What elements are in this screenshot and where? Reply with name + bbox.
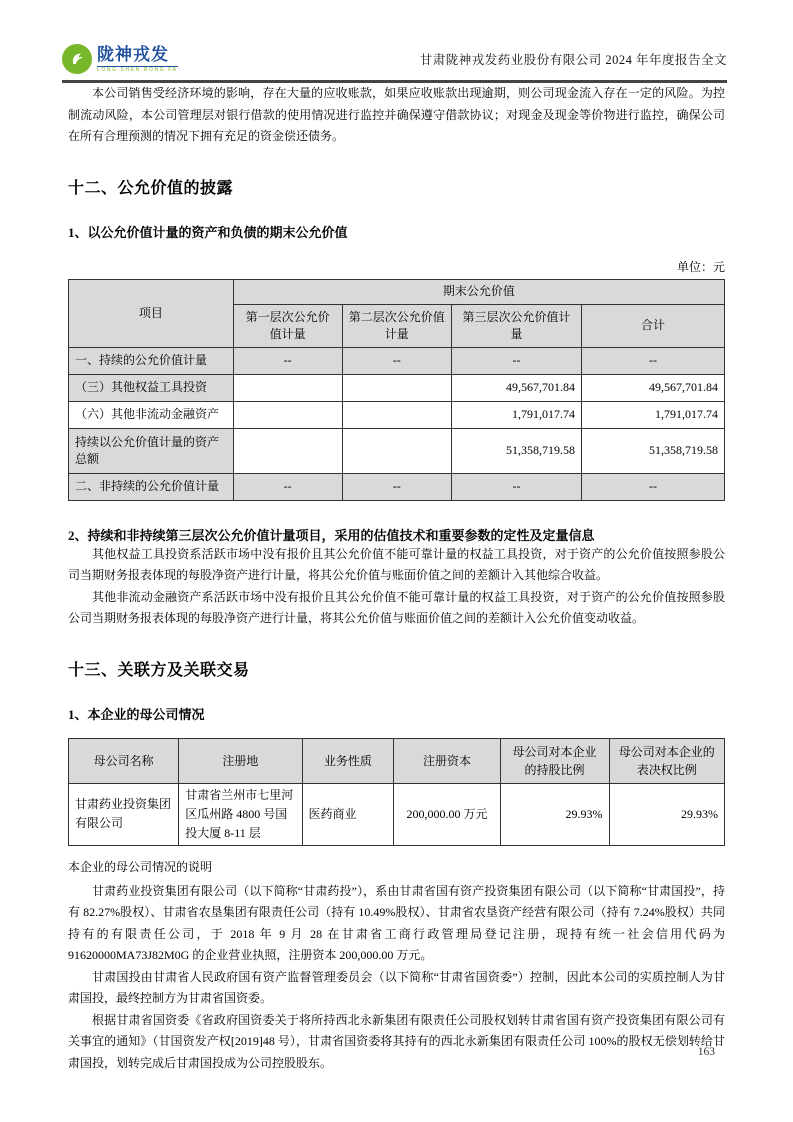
fair-value-table: 项目 期末公允价值 第一层次公允价值计量 第二层次公允价值计量 第三层次公允价值…: [68, 279, 725, 501]
risk-paragraph: 本公司销售受经济环境的影响，存在大量的应收账款，如果应收账款出现逾期，则公司现金…: [68, 83, 725, 148]
page-content: 本公司销售受经济环境的影响，存在大量的应收账款，如果应收账款出现逾期，则公司现金…: [68, 83, 725, 1074]
page-number: 163: [698, 1046, 715, 1058]
column-header-level1: 第一层次公允价值计量: [233, 304, 342, 347]
table-cell: --: [581, 347, 724, 374]
table-cell: [233, 374, 342, 401]
table-cell: 51,358,719.58: [581, 428, 724, 473]
table-cell: 200,000.00 万元: [394, 783, 500, 845]
table-cell: [342, 428, 452, 473]
table-cell: （三）其他权益工具投资: [69, 374, 234, 401]
subheading-parent-company: 1、本企业的母公司情况: [68, 704, 725, 723]
table-cell: （六）其他非流动金融资产: [69, 401, 234, 428]
valuation-paragraph: 其他权益工具投资系活跃市场中没有报价且其公允价值不能可靠计量的权益工具投资，对于…: [68, 544, 725, 587]
column-header-level2: 第二层次公允价值计量: [342, 304, 452, 347]
column-header-level3: 第三层次公允价值计量: [452, 304, 582, 347]
column-group-header: 期末公允价值: [233, 279, 724, 304]
column-header-voting-ratio: 母公司对本企业的表决权比例: [609, 738, 725, 783]
logo-icon: [62, 44, 92, 74]
table-cell: [342, 374, 452, 401]
subheading-period-end-fair-value: 1、以公允价值计量的资产和负债的期末公允价值: [68, 222, 725, 241]
table-cell: 51,358,719.58: [452, 428, 582, 473]
table-row: 二、非持续的公允价值计量 -- -- -- --: [69, 473, 725, 500]
logo-text: 陇神戎发 LONG SHEN RONG FA: [97, 46, 178, 73]
document-title: 甘肃陇神戎发药业股份有限公司 2024 年年度报告全文: [420, 50, 727, 68]
logo-text-en: LONG SHEN RONG FA: [97, 66, 178, 73]
table-cell: 甘肃药业投资集团有限公司: [69, 783, 179, 845]
section-heading-fair-value: 十二、公允价值的披露: [68, 175, 725, 198]
table-cell: 29.93%: [500, 783, 609, 845]
table-cell: --: [452, 473, 582, 500]
report-page: 陇神戎发 LONG SHEN RONG FA 甘肃陇神戎发药业股份有限公司 20…: [0, 0, 793, 1122]
valuation-paragraph: 其他非流动金融资产系活跃市场中没有报价且其公允价值不能可靠计量的权益工具投资，对…: [68, 587, 725, 630]
table-cell: [342, 401, 452, 428]
column-header-parent-name: 母公司名称: [69, 738, 179, 783]
parent-company-paragraph: 根据甘肃省国资委《省政府国资委关于将所持西北永新集团有限责任公司股权划转甘肃省国…: [68, 1010, 725, 1075]
table-cell: 1,791,017.74: [581, 401, 724, 428]
column-header-registered-address: 注册地: [179, 738, 302, 783]
table-row: 母公司名称 注册地 业务性质 注册资本 母公司对本企业的持股比例 母公司对本企业…: [69, 738, 725, 783]
table-cell: 49,567,701.84: [581, 374, 724, 401]
table-cell: [233, 401, 342, 428]
table-cell: --: [233, 473, 342, 500]
subheading-level3-valuation: 2、持续和非持续第三层次公允价值计量项目，采用的估值技术和重要参数的定性及定量信…: [68, 525, 725, 544]
table-cell: 持续以公允价值计量的资产总额: [69, 428, 234, 473]
table-row: 项目 期末公允价值: [69, 279, 725, 304]
table-row: 持续以公允价值计量的资产总额 51,358,719.58 51,358,719.…: [69, 428, 725, 473]
table-cell: 医药商业: [302, 783, 394, 845]
table-cell: 1,791,017.74: [452, 401, 582, 428]
section-heading-related-party: 十三、关联方及关联交易: [68, 657, 725, 680]
unit-note: 单位：元: [68, 258, 725, 275]
parent-company-table: 母公司名称 注册地 业务性质 注册资本 母公司对本企业的持股比例 母公司对本企业…: [68, 738, 725, 846]
table-cell: 一、持续的公允价值计量: [69, 347, 234, 374]
page-header: 陇神戎发 LONG SHEN RONG FA 甘肃陇神戎发药业股份有限公司 20…: [62, 44, 727, 83]
column-header-registered-capital: 注册资本: [394, 738, 500, 783]
table-cell: --: [581, 473, 724, 500]
table-cell: --: [233, 347, 342, 374]
table-cell: 49,567,701.84: [452, 374, 582, 401]
table-row: （六）其他非流动金融资产 1,791,017.74 1,791,017.74: [69, 401, 725, 428]
logo-text-cn: 陇神戎发: [97, 46, 178, 63]
table-cell: 29.93%: [609, 783, 725, 845]
column-header-total: 合计: [581, 304, 724, 347]
table-row: （三）其他权益工具投资 49,567,701.84 49,567,701.84: [69, 374, 725, 401]
table-cell: --: [342, 473, 452, 500]
table-cell: [233, 428, 342, 473]
company-logo: 陇神戎发 LONG SHEN RONG FA: [62, 44, 178, 74]
table-cell: 二、非持续的公允价值计量: [69, 473, 234, 500]
parent-company-paragraph: 甘肃药业投资集团有限公司（以下简称“甘肃药投”），系由甘肃省国有资产投资集团有限…: [68, 881, 725, 967]
parent-company-note-title: 本企业的母公司情况的说明: [68, 858, 725, 875]
table-row: 甘肃药业投资集团有限公司 甘肃省兰州市七里河区瓜州路 4800 号国投大厦 8-…: [69, 783, 725, 845]
parent-company-paragraph: 甘肃国投由甘肃省人民政府国有资产监督管理委员会（以下简称“甘肃省国资委”）控制，…: [68, 967, 725, 1010]
column-header-business-nature: 业务性质: [302, 738, 394, 783]
column-header-item: 项目: [69, 279, 234, 347]
table-row: 一、持续的公允价值计量 -- -- -- --: [69, 347, 725, 374]
column-header-holding-ratio: 母公司对本企业的持股比例: [500, 738, 609, 783]
table-cell: 甘肃省兰州市七里河区瓜州路 4800 号国投大厦 8-11 层: [179, 783, 302, 845]
table-cell: --: [342, 347, 452, 374]
table-cell: --: [452, 347, 582, 374]
